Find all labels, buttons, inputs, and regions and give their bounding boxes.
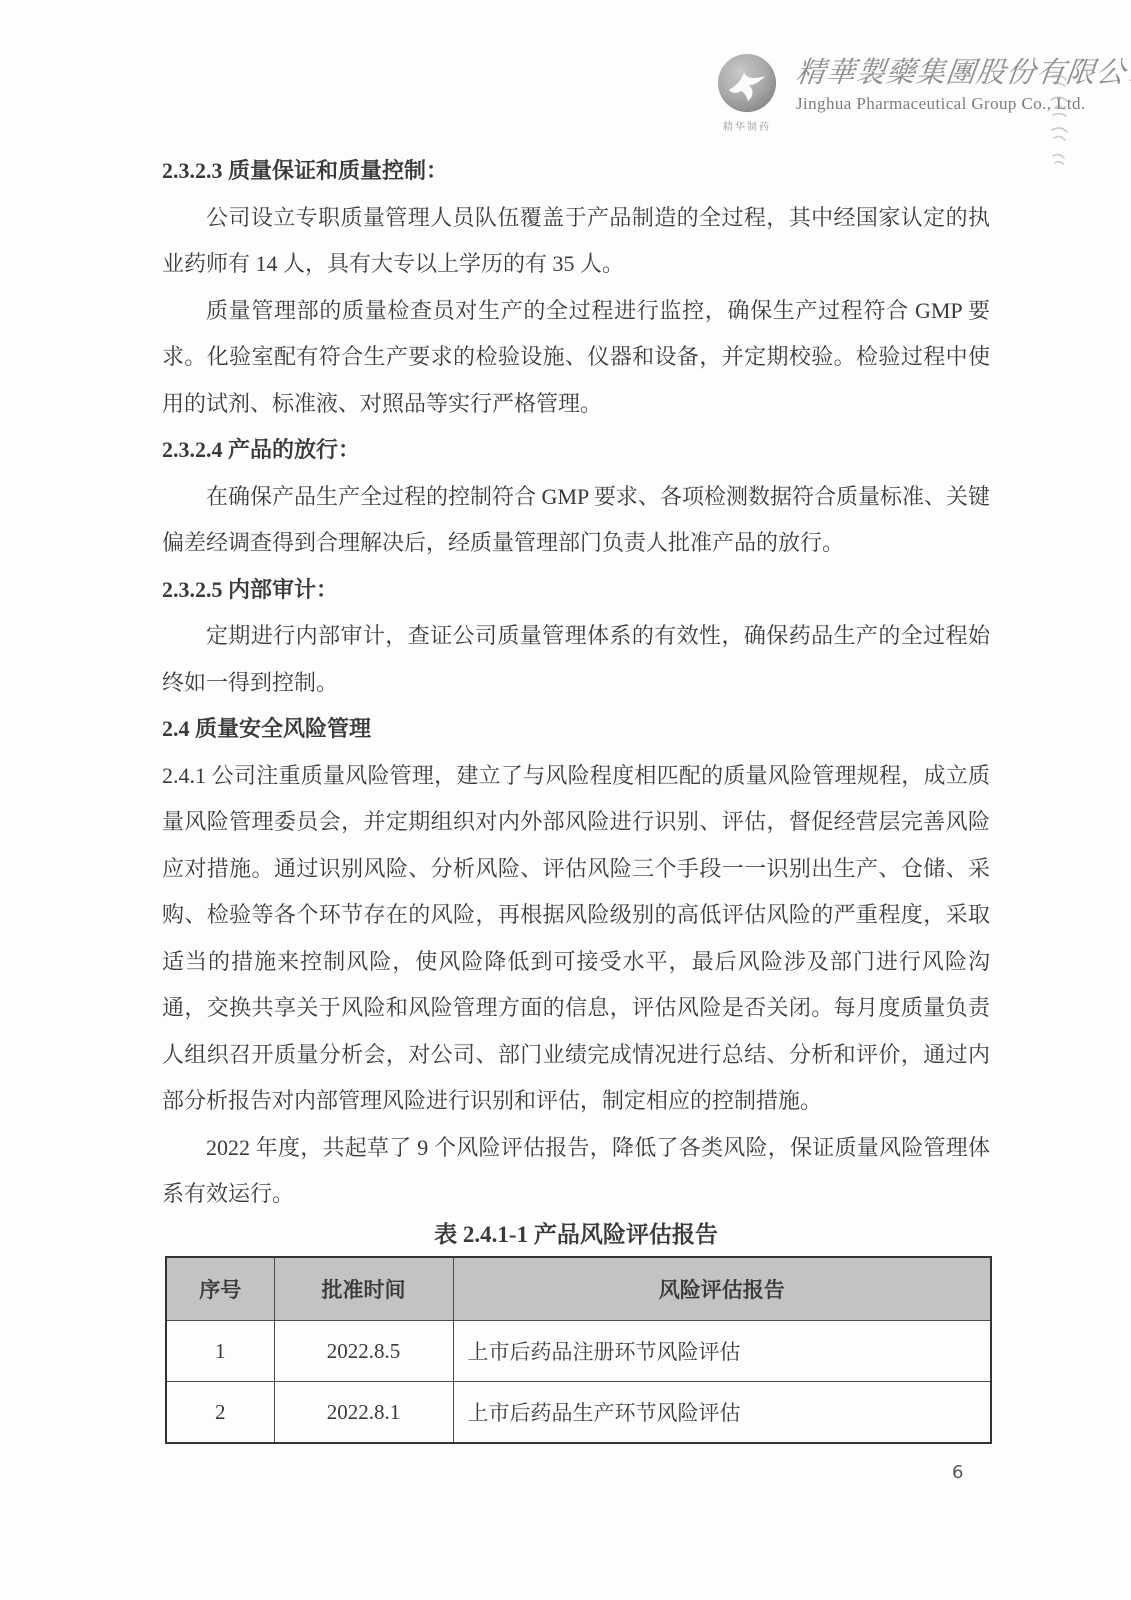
document-page: 精华制药 精華製藥集團股份有限公司 Jinghua Pharmaceutical…	[0, 0, 1131, 1600]
body-paragraph: 在确保产品生产全过程的控制符合 GMP 要求、各项检测数据符合质量标准、关键偏差…	[162, 474, 990, 567]
company-logo: 精华制药	[712, 52, 782, 133]
section-heading: 2.3.2.5 内部审计：	[162, 567, 990, 614]
table-row: 22022.8.1上市后药品生产环节风险评估	[166, 1382, 991, 1444]
table-body: 12022.8.5上市后药品注册环节风险评估22022.8.1上市后药品生产环节…	[166, 1321, 991, 1444]
table-caption: 表 2.4.1-1 产品风险评估报告	[162, 1216, 990, 1249]
page-number: 6	[952, 1462, 963, 1483]
body-paragraph: 2022 年度，共起草了 9 个风险评估报告，降低了各类风险，保证质量风险管理体…	[162, 1125, 990, 1218]
signature-mark	[1046, 70, 1072, 170]
table-cell: 1	[166, 1321, 274, 1382]
body-paragraph: 定期进行内部审计，查证公司质量管理体系的有效性，确保药品生产的全过程始终如一得到…	[162, 613, 990, 706]
table-header-cell: 序号	[166, 1257, 274, 1321]
dove-icon	[716, 52, 778, 114]
document-blocks: 2.3.2.3 质量保证和质量控制：公司设立专职质量管理人员队伍覆盖于产品制造的…	[162, 148, 990, 1218]
table-cell: 上市后药品生产环节风险评估	[453, 1382, 991, 1444]
body-paragraph: 质量管理部的质量检查员对生产的全过程进行监控，确保生产过程符合 GMP 要求。化…	[162, 288, 990, 428]
risk-assessment-table: 序号批准时间风险评估报告 12022.8.5上市后药品注册环节风险评估22022…	[165, 1256, 992, 1444]
table-header-row: 序号批准时间风险评估报告	[166, 1257, 991, 1321]
table-header-cell: 风险评估报告	[453, 1257, 991, 1321]
company-name-chinese: 精華製藥集團股份有限公司	[794, 56, 1131, 91]
table-cell: 上市后药品注册环节风险评估	[453, 1321, 991, 1382]
table-cell: 2022.8.5	[274, 1321, 453, 1382]
body-paragraph: 公司设立专职质量管理人员队伍覆盖于产品制造的全过程，其中经国家认定的执业药师有 …	[162, 195, 990, 288]
body-paragraph: 2.4.1 公司注重质量风险管理，建立了与风险程度相匹配的质量风险管理规程，成立…	[162, 753, 990, 1125]
section-heading: 2.3.2.4 产品的放行：	[162, 427, 990, 474]
table-header-cell: 批准时间	[274, 1257, 453, 1321]
company-name-english: Jinghua Pharmaceutical Group Co., Ltd.	[796, 94, 1131, 114]
table-cell: 2	[166, 1382, 274, 1444]
table-head: 序号批准时间风险评估报告	[166, 1257, 991, 1321]
company-names: 精華製藥集團股份有限公司 Jinghua Pharmaceutical Grou…	[796, 52, 1131, 114]
logo-caption: 精华制药	[723, 118, 771, 133]
table-row: 12022.8.5上市后药品注册环节风险评估	[166, 1321, 991, 1382]
table-cell: 2022.8.1	[274, 1382, 453, 1444]
section-heading: 2.4 质量安全风险管理	[162, 706, 990, 753]
section-heading: 2.3.2.3 质量保证和质量控制：	[162, 148, 990, 195]
